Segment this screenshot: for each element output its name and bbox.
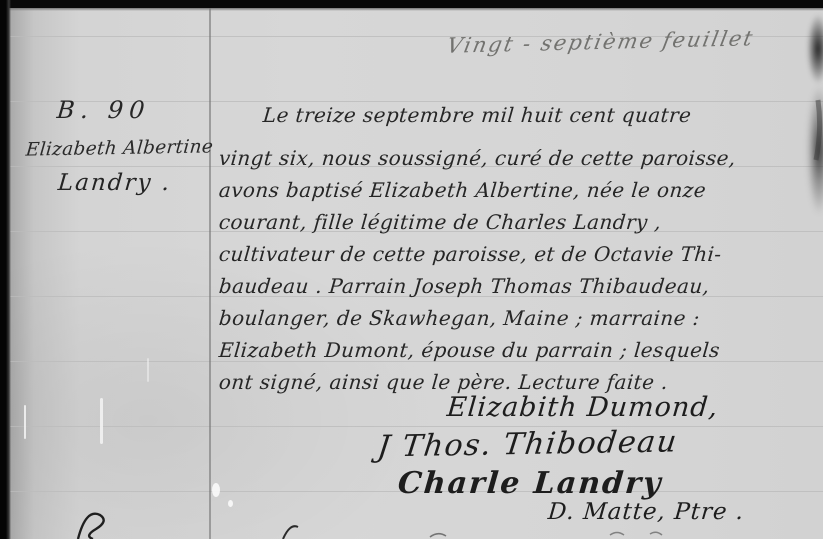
signature-godmother: Elizabith Dumond,	[446, 392, 720, 423]
entry-number: B. 90	[56, 96, 152, 124]
signature-priest: D. Matte, Ptre .	[547, 499, 745, 525]
folio-header-note: Vingt - septième feuillet	[445, 26, 756, 57]
act-body-line: courant, fille légitime de Charles Landr…	[218, 210, 816, 234]
margin-rule-line	[209, 8, 211, 539]
act-body-line: vingt six, nous soussigné, curé de cette…	[218, 146, 816, 170]
signature-father: Charle Landry	[396, 466, 663, 501]
act-body-line: baudeau . Parrain Joseph Thomas Thibaude…	[218, 274, 816, 298]
act-body-line: ont signé, ainsi que le père. Lecture fa…	[218, 370, 816, 394]
scanned-register-page: Vingt - septième feuillet B. 90 Elizabet…	[0, 0, 823, 539]
signature-godfather: J Thos. Thibodeau	[376, 424, 680, 464]
act-body-line: Le treize septembre mil huit cent quatre	[262, 103, 823, 127]
scan-scratch	[100, 398, 103, 444]
scan-scratch	[147, 358, 149, 382]
scan-speck	[228, 500, 233, 507]
act-body-line: Elizabeth Dumont, épouse du parrain ; le…	[218, 338, 816, 362]
ruled-line	[10, 426, 823, 427]
scan-speck	[212, 483, 220, 497]
act-body-line: avons baptisé Elizabeth Albertine, née l…	[218, 178, 816, 202]
act-body-line: cultivateur de cette paroisse, et de Oct…	[218, 242, 816, 266]
scan-smudge-right-top	[807, 14, 823, 84]
act-body-line: boulanger, de Skawhegan, Maine ; marrain…	[218, 306, 816, 330]
scan-edge-left	[0, 0, 11, 539]
scan-edge-top	[0, 0, 823, 8]
entry-name-given: Elizabeth Albertine	[25, 136, 214, 160]
scan-scratch	[24, 405, 26, 439]
entry-name-surname: Landry .	[57, 170, 172, 196]
